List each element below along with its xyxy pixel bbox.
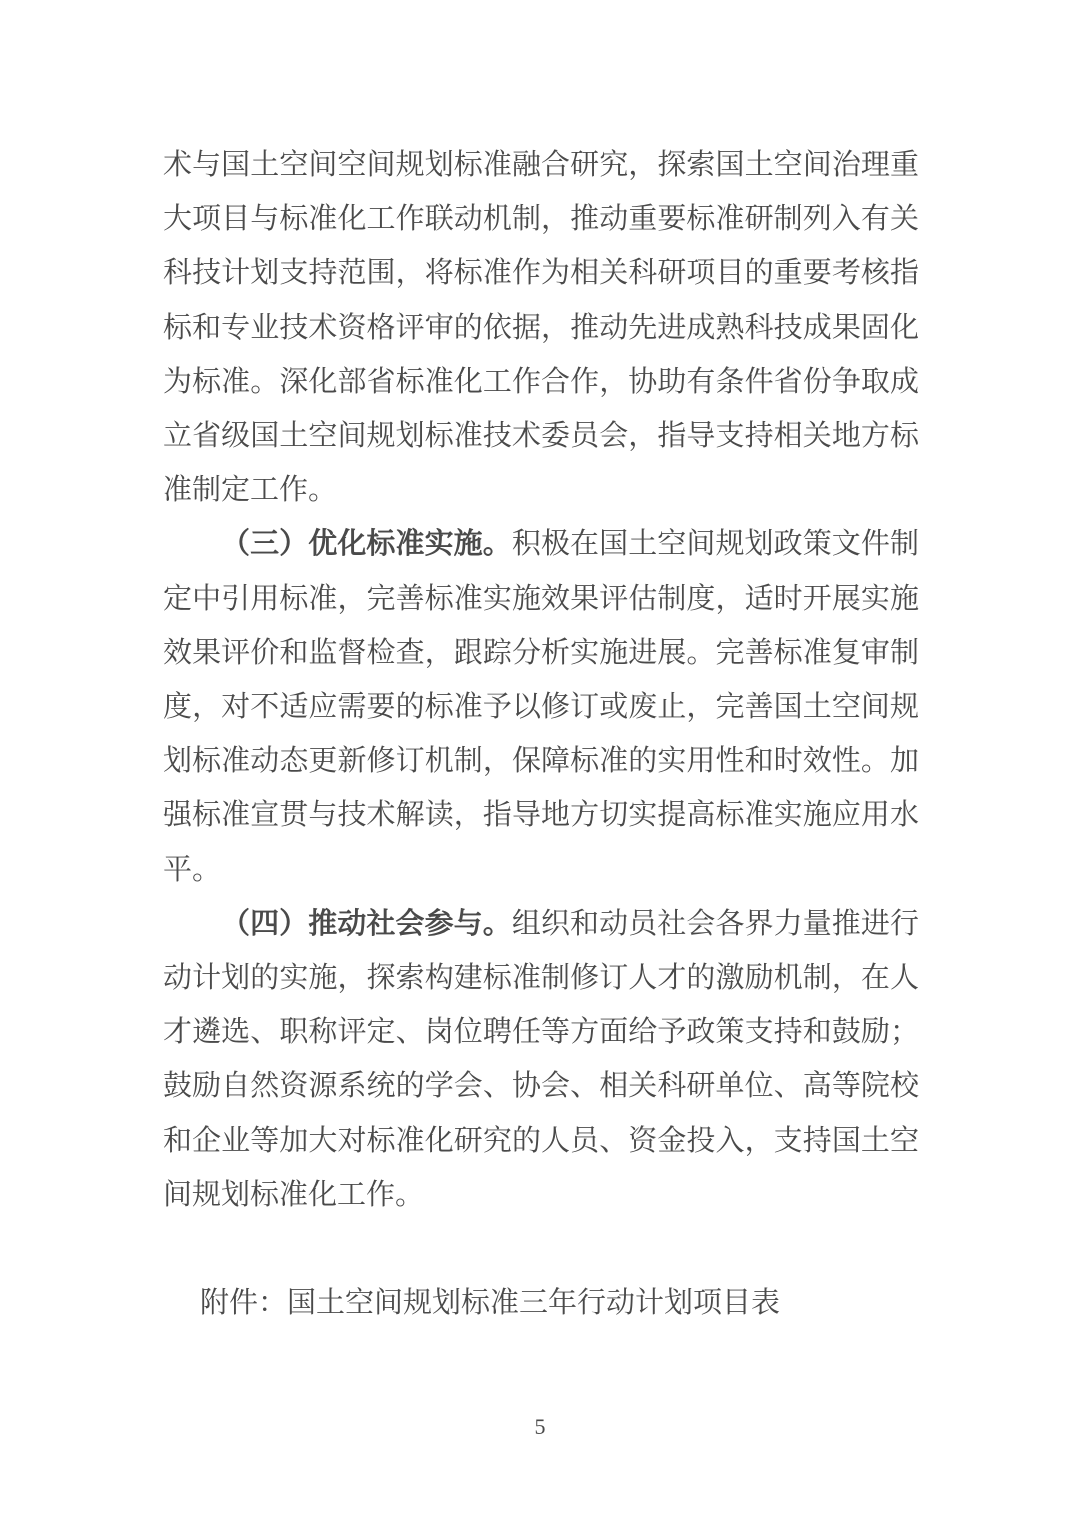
attachment-line: 附件：国土空间规划标准三年行动计划项目表 (163, 1276, 919, 1330)
section-heading-4: （四）推动社会参与。 (221, 908, 512, 940)
paragraph-continuation: 术与国土空间空间规划标准融合研究，探索国土空间治理重大项目与标准化工作联动机制，… (163, 138, 919, 517)
section-heading-3: （三）优化标准实施。 (221, 528, 512, 560)
page-number: 5 (0, 1413, 1080, 1441)
document-body: 术与国土空间空间规划标准融合研究，探索国土空间治理重大项目与标准化工作联动机制，… (163, 138, 919, 1330)
document-page: 术与国土空间空间规划标准融合研究，探索国土空间治理重大项目与标准化工作联动机制，… (0, 0, 1080, 1527)
paragraph-section-3: （三）优化标准实施。积极在国土空间规划政策文件制定中引用标准，完善标准实施效果评… (163, 517, 919, 896)
paragraph-text: 组织和动员社会各界力量推进行动计划的实施，探索构建标准制修订人才的激励机制，在人… (163, 908, 919, 1211)
paragraph-section-4: （四）推动社会参与。组织和动员社会各界力量推进行动计划的实施，探索构建标准制修订… (163, 897, 919, 1222)
paragraph-text: 积极在国土空间规划政策文件制定中引用标准，完善标准实施效果评估制度，适时开展实施… (163, 528, 919, 885)
attachment-text: 附件：国土空间规划标准三年行动计划项目表 (200, 1287, 780, 1319)
paragraph-text: 术与国土空间空间规划标准融合研究，探索国土空间治理重大项目与标准化工作联动机制，… (163, 149, 919, 506)
